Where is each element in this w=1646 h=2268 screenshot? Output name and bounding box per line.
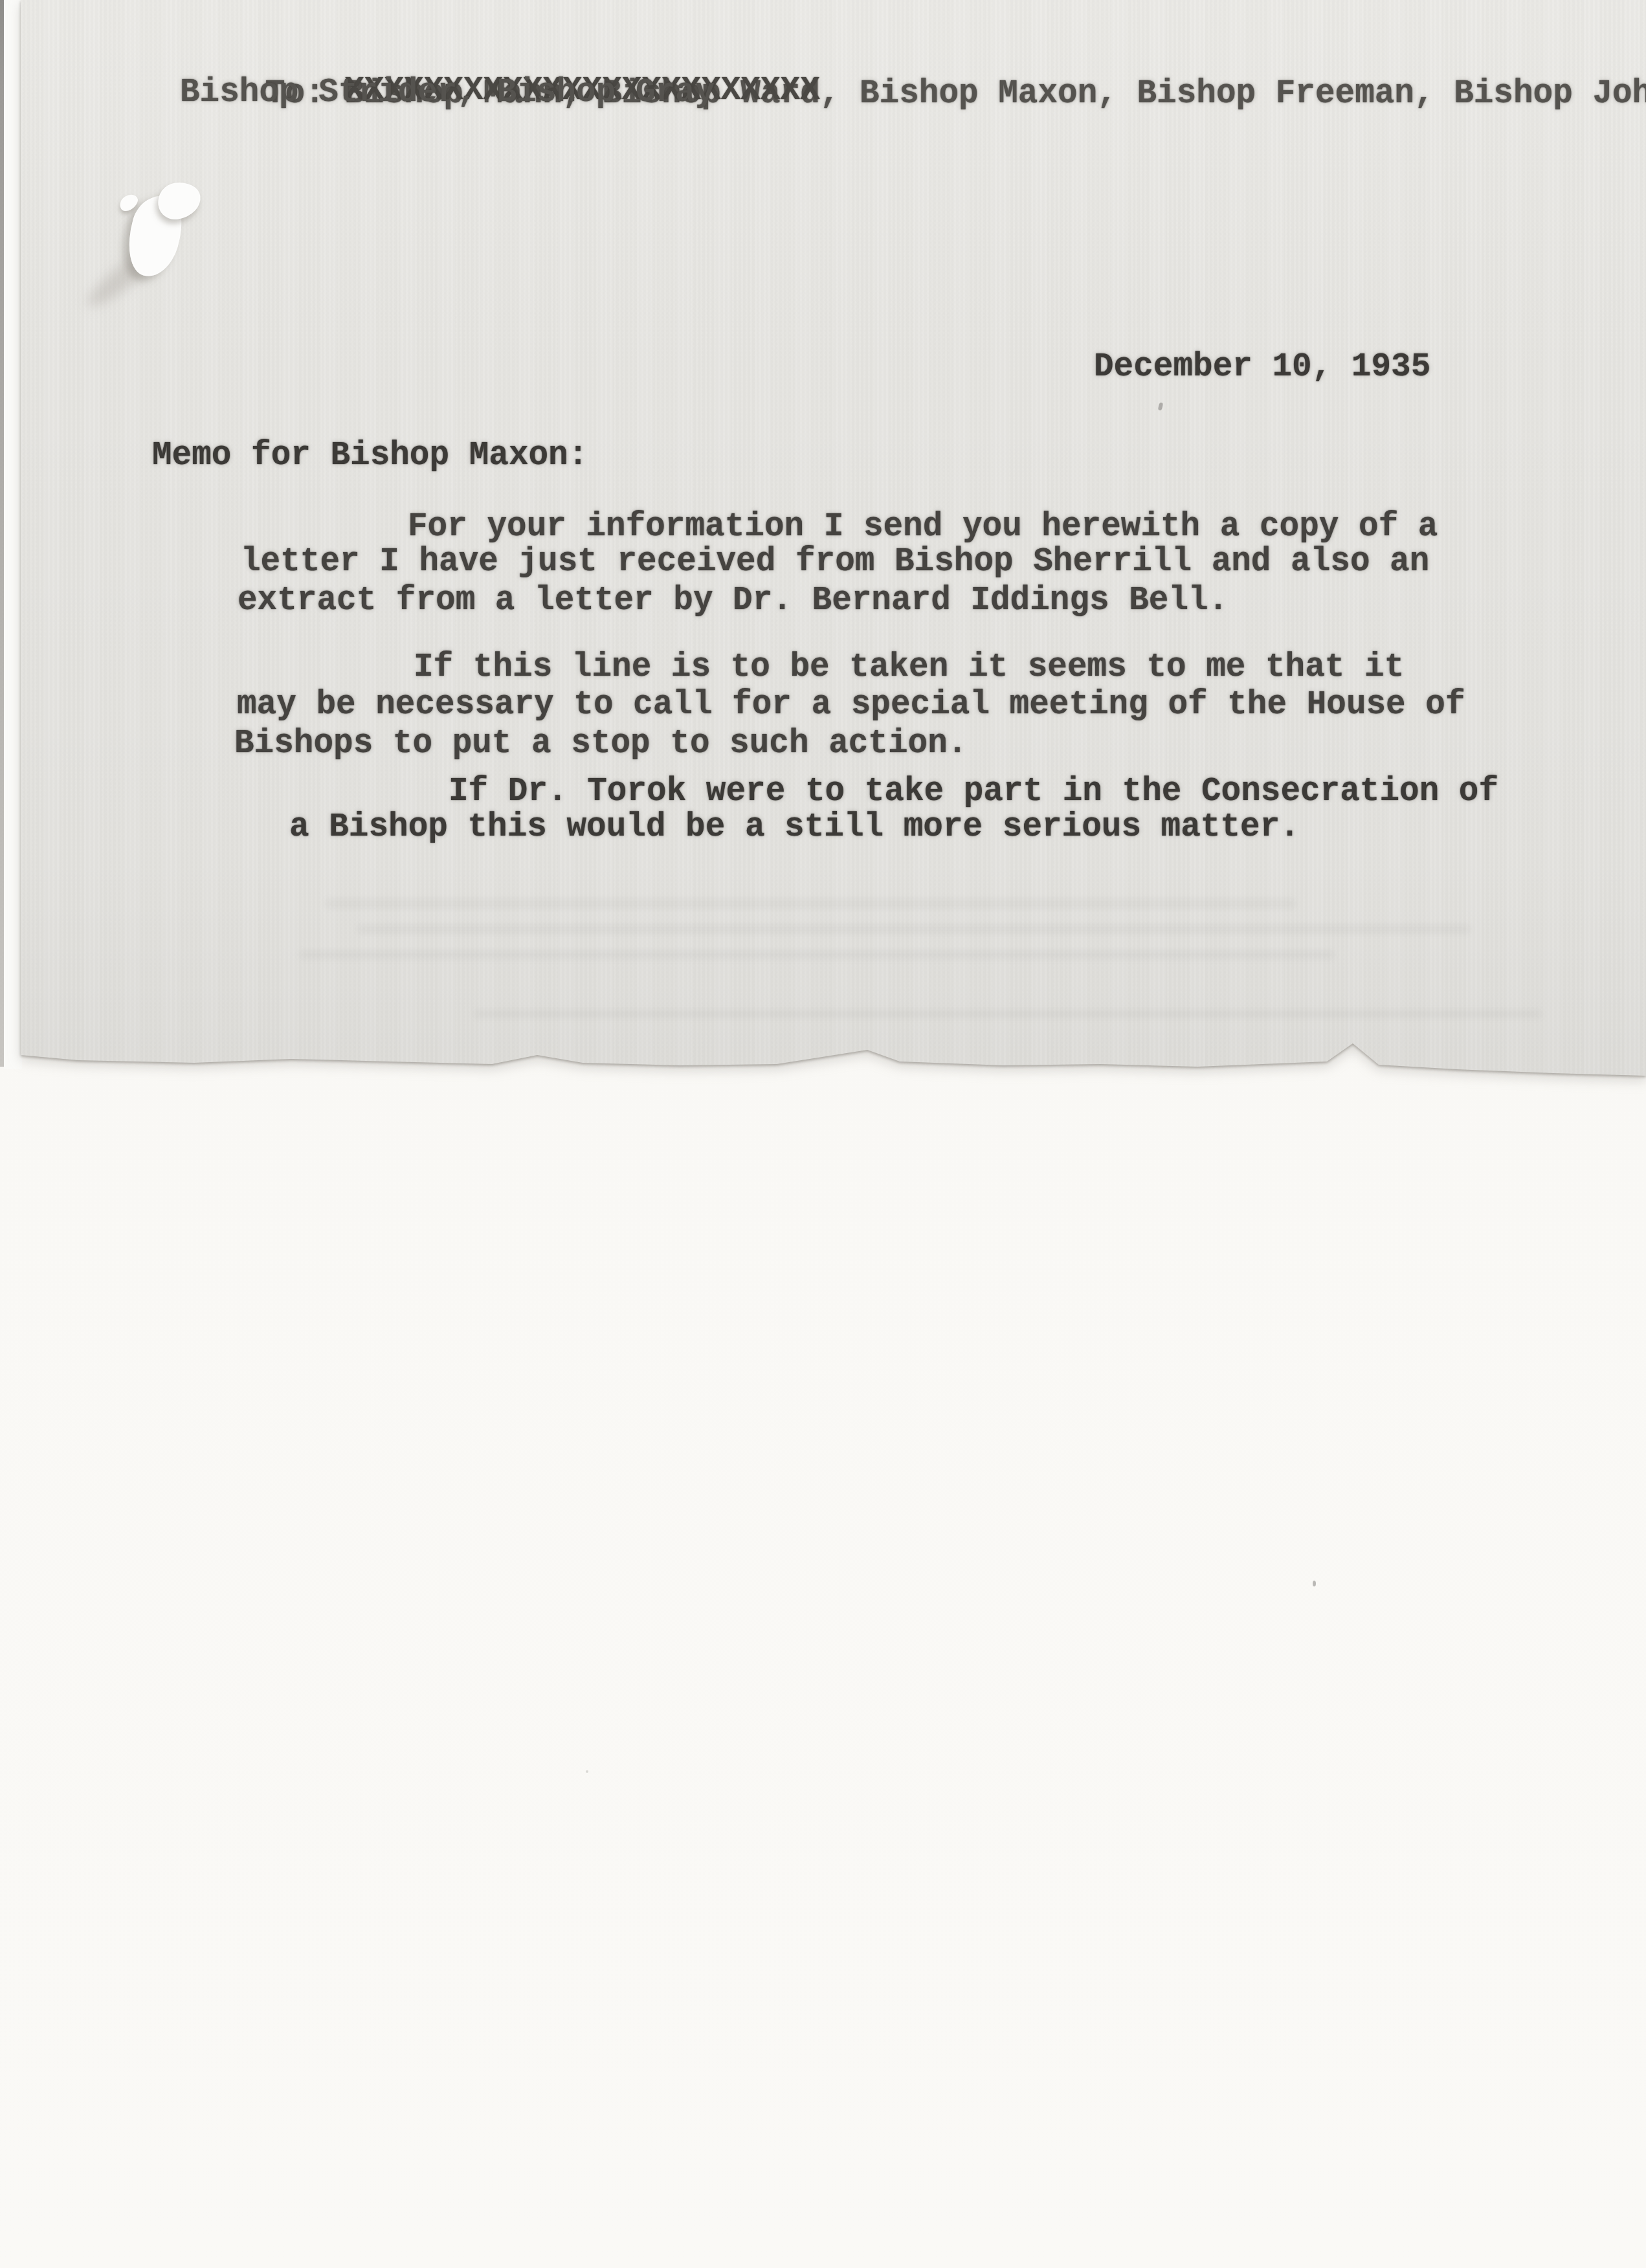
ink-speck [1158, 402, 1164, 410]
para2-line2: may be necessary to call for a special m… [237, 685, 1465, 726]
para2-line3: Bishops to put a stop to such action. [234, 724, 967, 764]
bleed-through-smudge [357, 924, 1471, 934]
para1-line1: For your information I send you herewith… [408, 507, 1438, 548]
ink-speck [586, 1770, 588, 1773]
memo-sheet-wrapper: To: Bishop Mann, Bishop WardXXXXXXXXXXXX… [21, 0, 1646, 1087]
recipients-line-2: Bishop Strider, Bishop Gray [180, 73, 715, 113]
date-line: December 10, 1935 [1094, 348, 1430, 388]
bleed-through-smudge [325, 898, 1296, 909]
bleed-through-smudge [299, 950, 1335, 959]
ink-speck [1313, 1581, 1316, 1586]
para3-line1: If Dr. Torok were to take part in the Co… [449, 772, 1498, 812]
bleed-through-smudge [474, 1010, 1542, 1018]
recipients-rest: , Bishop Maxon, Bishop Freeman, Bishop J… [820, 76, 1646, 113]
salutation-line: Memo for Bishop Maxon: [152, 436, 588, 476]
para3-line2: a Bishop this would be a still more seri… [289, 808, 1300, 848]
scan-left-gap [4, 0, 22, 1069]
scanned-memo-page: To: Bishop Mann, Bishop WardXXXXXXXXXXXX… [0, 0, 1646, 2268]
para1-line3: extract from a letter by Dr. Bernard Idd… [238, 581, 1228, 621]
memo-sheet: To: Bishop Mann, Bishop WardXXXXXXXXXXXX… [21, 0, 1646, 1081]
para1-line2: letter I have just received from Bishop … [241, 542, 1429, 583]
para2-line1: If this line is to be taken it seems to … [414, 648, 1404, 688]
